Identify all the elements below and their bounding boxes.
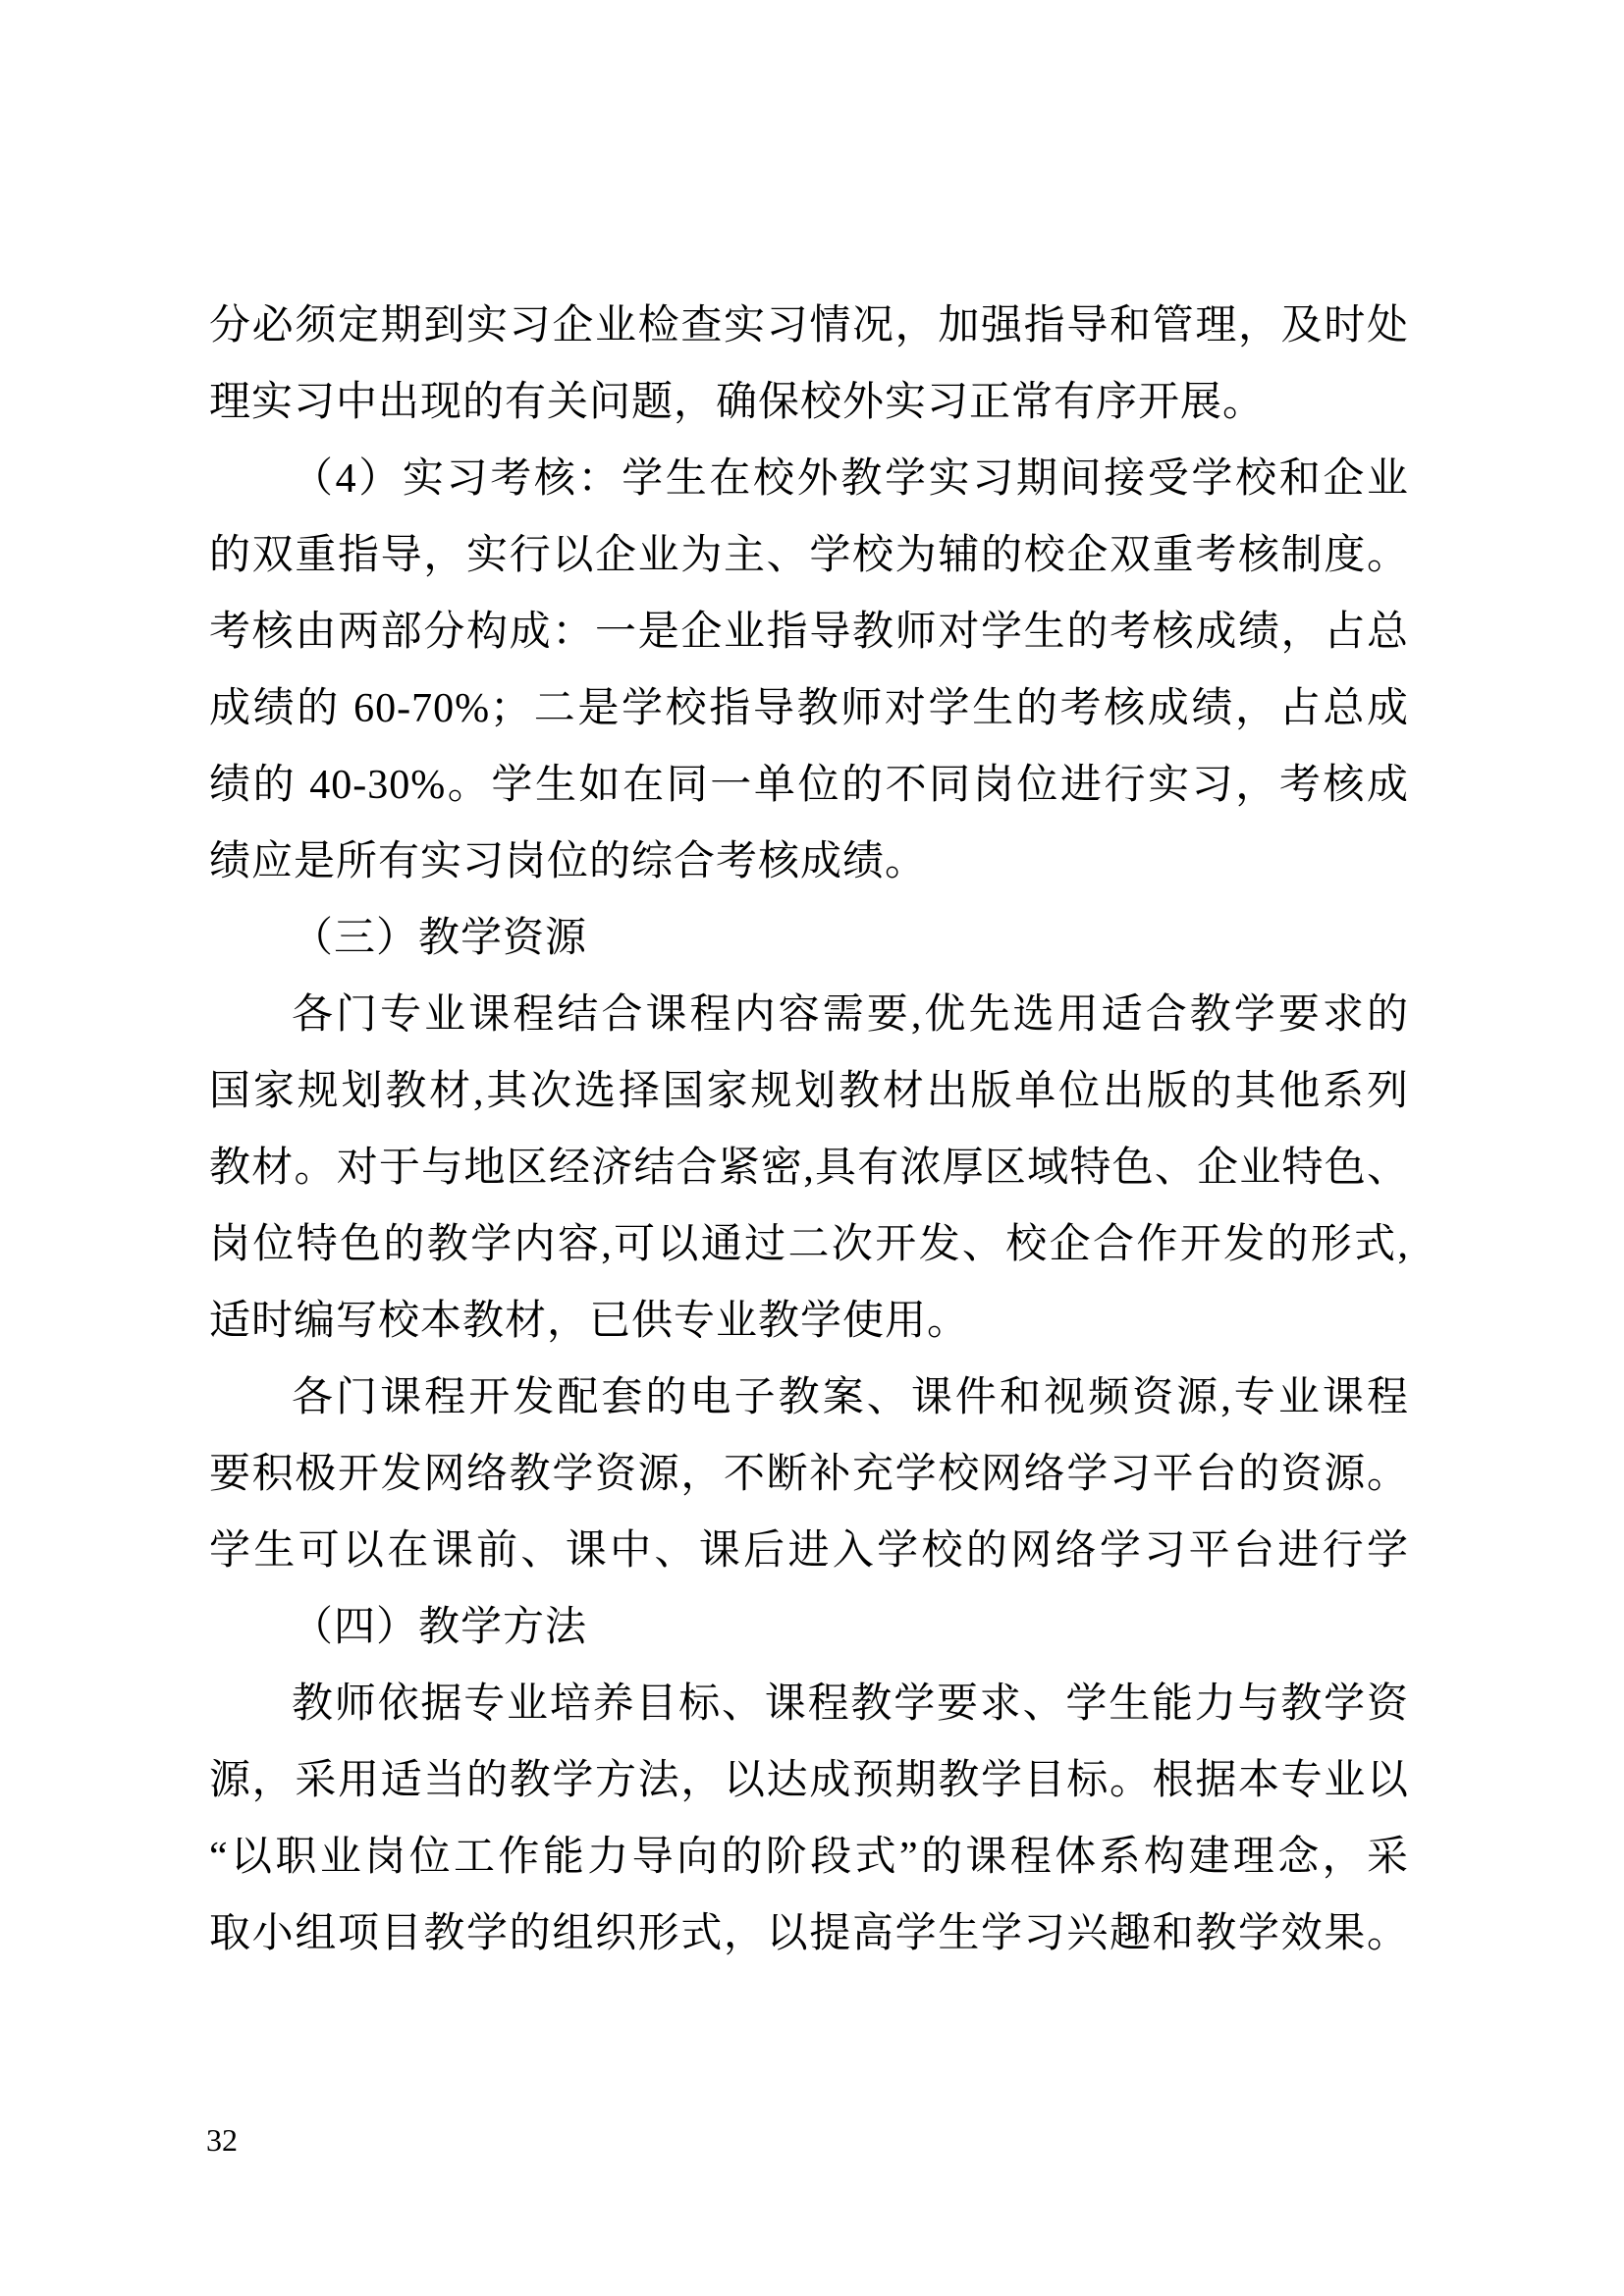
text-line: （4）实习考核：学生在校外教学实习期间接受学校和企业 (209, 441, 1409, 517)
text-line: 分必须定期到实习企业检查实习情况，加强指导和管理，及时处 (209, 288, 1409, 364)
text-line: 理实习中出现的有关问题，确保校外实习正常有序开展。 (209, 364, 1409, 441)
text-line: 成绩的 60-70%；二是学校指导教师对学生的考核成绩，占总成 (209, 670, 1409, 747)
text-line: 适时编写校本教材，已供专业教学使用。 (209, 1283, 1409, 1360)
text-line: 取小组项目教学的组织形式，以提高学生学习兴趣和教学效果。 (209, 1896, 1409, 1972)
text-line: 绩的 40-30%。学生如在同一单位的不同岗位进行实习，考核成 (209, 747, 1409, 824)
text-line: 考核由两部分构成：一是企业指导教师对学生的考核成绩，占总 (209, 594, 1409, 670)
text-line: 源，采用适当的教学方法，以达成预期教学目标。根据本专业以 (209, 1742, 1409, 1819)
text-line: 各门课程开发配套的电子教案、课件和视频资源,专业课程 (209, 1360, 1409, 1436)
text-line: 绩应是所有实习岗位的综合考核成绩。 (209, 824, 1409, 900)
text-line: 的双重指导，实行以企业为主、学校为辅的校企双重考核制度。 (209, 517, 1409, 594)
page-number: 32 (206, 2118, 238, 2162)
document-page: 分必须定期到实习企业检查实习情况，加强指导和管理，及时处 理实习中出现的有关问题… (0, 0, 1624, 2296)
document-body: 分必须定期到实习企业检查实习情况，加强指导和管理，及时处 理实习中出现的有关问题… (209, 288, 1409, 1972)
text-line: 学生可以在课前、课中、课后进入学校的网络学习平台进行学习。 (209, 1513, 1409, 1589)
text-line: “以职业岗位工作能力导向的阶段式”的课程体系构建理念，采 (209, 1819, 1409, 1896)
section-heading-teaching-methods: （四）教学方法 (209, 1589, 1409, 1666)
text-line: 各门专业课程结合课程内容需要,优先选用适合教学要求的 (209, 977, 1409, 1053)
text-line: 要积极开发网络教学资源，不断补充学校网络学习平台的资源。 (209, 1436, 1409, 1513)
text-line: 教材。对于与地区经济结合紧密,具有浓厚区域特色、企业特色、 (209, 1130, 1409, 1206)
text-line: 岗位特色的教学内容,可以通过二次开发、校企合作开发的形式, (209, 1206, 1409, 1283)
text-line: 教师依据专业培养目标、课程教学要求、学生能力与教学资 (209, 1666, 1409, 1742)
section-heading-teaching-resources: （三）教学资源 (209, 900, 1409, 977)
text-line: 国家规划教材,其次选择国家规划教材出版单位出版的其他系列 (209, 1053, 1409, 1130)
